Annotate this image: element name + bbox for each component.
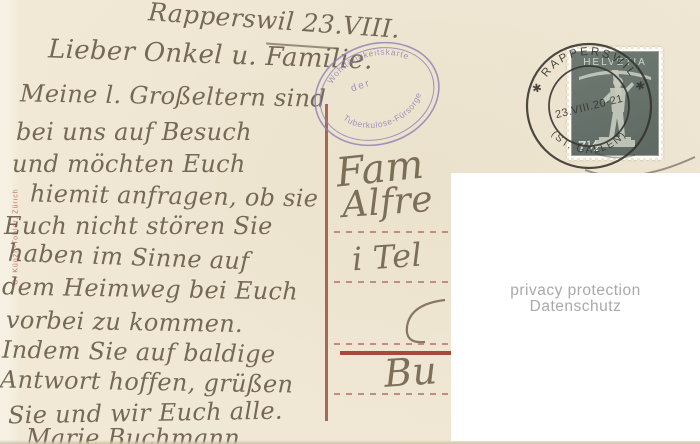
message-line: haben im Sinne auf (8, 239, 250, 275)
privacy-text-de: Datenschutz (451, 299, 700, 315)
message-line: Indem Sie auf baldige (2, 336, 276, 369)
charity-arc-bottom-text: Tuberkulose-Fürsorge (340, 88, 430, 140)
address-fragment: Alfre (341, 179, 434, 226)
address-fragment: i Tel (351, 236, 423, 279)
postmark-date-text: 23.VIII.20·21 (554, 93, 624, 121)
svg-text:Tuberkulose-Fürsorge: Tuberkulose-Fürsorge (340, 88, 430, 140)
charity-handstamp: Wohltätigkeitskarte Tuberkulose-Fürsorge… (306, 38, 451, 153)
postmark-town-text: ✱ RAPPERSWIL ✱ (531, 46, 648, 95)
message-line: Meine l. Großeltern sind (20, 79, 327, 112)
message-line: Antwort hoffen, grüßen (0, 365, 294, 398)
message-line: hiemit anfragen, ob sie (30, 179, 319, 212)
message-line: dem Heimweg bei Euch (2, 272, 298, 305)
postcard-back: C. Künzli-Tobler, Zürich Rapperswil 23.V… (0, 0, 700, 444)
svg-text:✱ RAPPERSWIL ✱: ✱ RAPPERSWIL ✱ (531, 46, 648, 95)
message-line: vorbei zu kommen. (6, 306, 243, 338)
privacy-overlay: privacy protection Datenschutz (451, 173, 700, 441)
address-guide-line (334, 281, 453, 283)
message-line: Euch nicht stören Sie (4, 212, 273, 240)
address-guide-line (334, 231, 453, 233)
address-solid-line (340, 351, 453, 355)
privacy-text-en: privacy protection (451, 283, 700, 299)
message-line: und möchten Euch (12, 150, 246, 178)
address-fragment: Bu (383, 348, 439, 396)
message-line: bei uns auf Besuch (16, 118, 252, 146)
address-guide-line (334, 393, 453, 395)
charity-center-text: der (350, 78, 373, 95)
address-guide-line (334, 343, 453, 345)
